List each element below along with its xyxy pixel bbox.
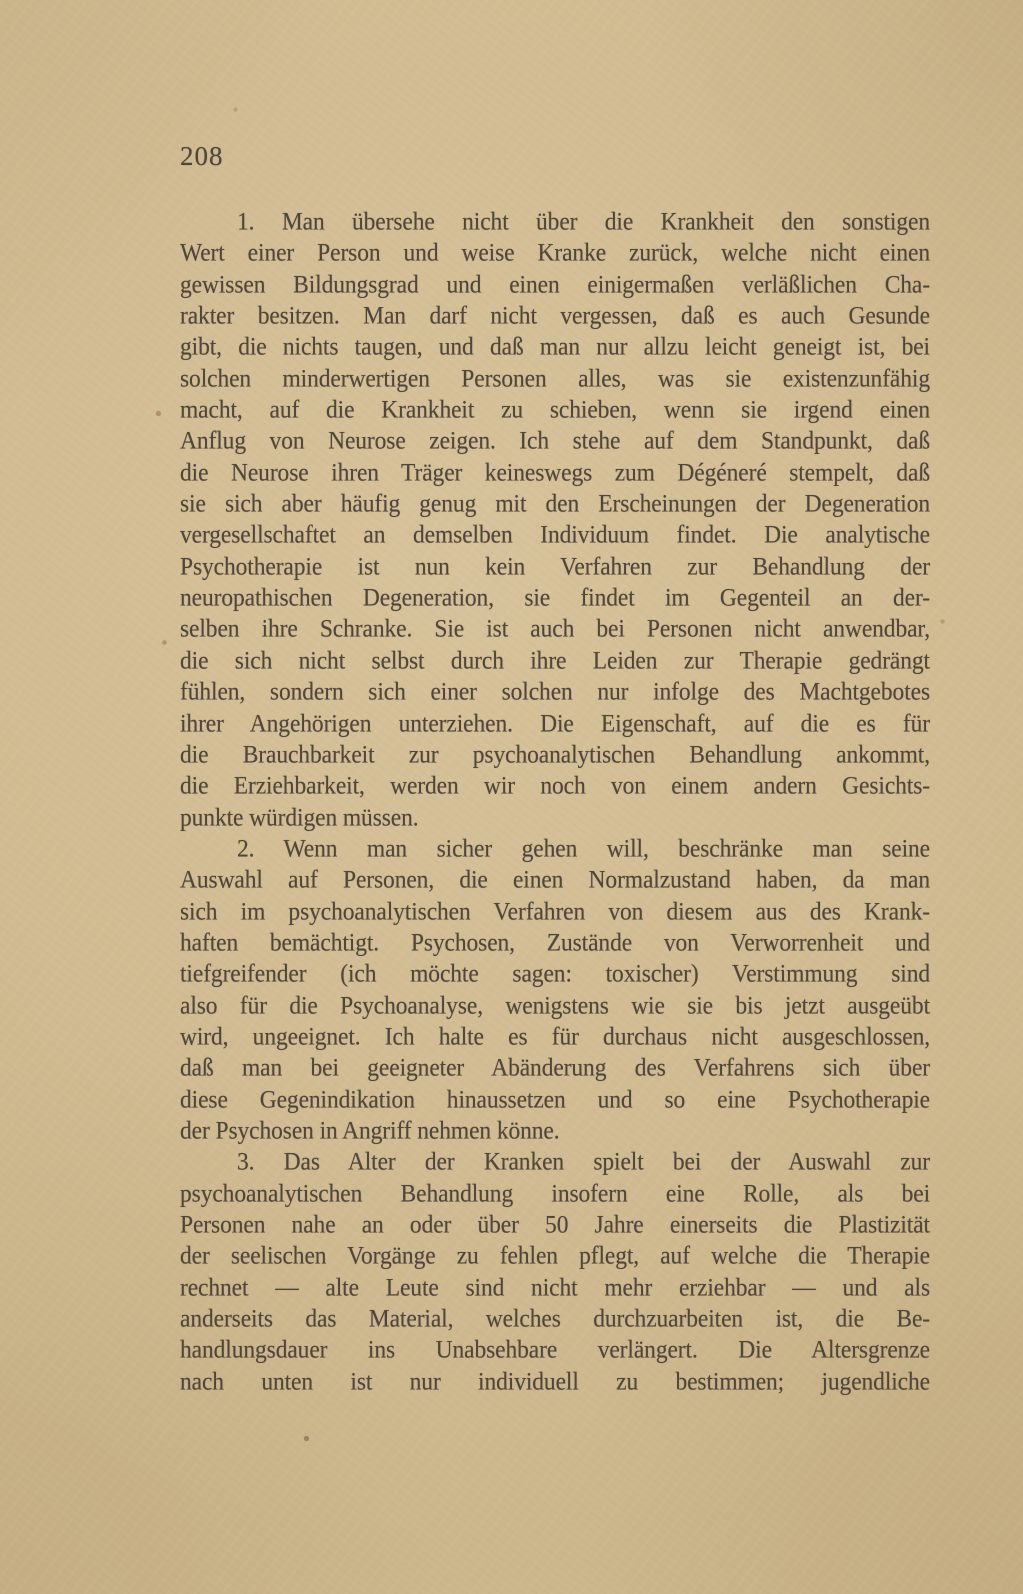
page-number: 208 <box>180 141 224 171</box>
text-line: also für die Psychoanalyse, wenigstens w… <box>180 989 930 1023</box>
text-line: rechnet — alte Leute sind nicht mehr erz… <box>180 1271 930 1305</box>
text-line: sich im psychoanalytischen Verfahren von… <box>180 895 930 929</box>
text-line: die Neurose ihren Träger keineswegs zum … <box>180 456 930 490</box>
text-line: psychoanalytischen Behandlung insofern e… <box>180 1177 930 1211</box>
text-line: 2. Wenn man sicher gehen will, beschränk… <box>180 832 930 866</box>
text-line: 3. Das Alter der Kranken spielt bei der … <box>180 1146 930 1180</box>
text-line: Anflug von Neurose zeigen. Ich stehe auf… <box>180 425 930 459</box>
text-line: die sich nicht selbst durch ihre Leiden … <box>180 644 930 678</box>
text-line: nach unten ist nur individuell zu bestim… <box>180 1365 930 1399</box>
text-line: diese Gegenindikation hinaussetzen und s… <box>180 1083 930 1117</box>
text-line: handlungsdauer ins Unabsehbare verlänger… <box>180 1334 930 1368</box>
text-line: neuropathischen Degeneration, sie findet… <box>180 582 930 616</box>
text-line: solchen minderwertigen Personen alles, w… <box>180 362 930 396</box>
text-line: tiefgreifender (ich möchte sagen: toxisc… <box>180 958 930 992</box>
text-line: Personen nahe an oder über 50 Jahre eine… <box>180 1208 930 1242</box>
text-line: haften bemächtigt. Psychosen, Zustände v… <box>180 926 930 960</box>
text-line: anderseits das Material, welches durchzu… <box>180 1302 930 1336</box>
paper-specks <box>0 0 3 3</box>
text-line: rakter besitzen. Man darf nicht vergesse… <box>180 299 930 333</box>
text-line: Auswahl auf Personen, die einen Normalzu… <box>180 864 930 898</box>
text-line: Psychotherapie ist nun kein Verfahren zu… <box>180 550 930 584</box>
text-line: selben ihre Schranke. Sie ist auch bei P… <box>180 613 930 647</box>
text-line: Wert einer Person und weise Kranke zurüc… <box>180 237 930 271</box>
text-line: der Psychosen in Angriff nehmen könne. <box>180 1114 930 1148</box>
text-line: die Erziehbarkeit, werden wir noch von e… <box>180 770 930 804</box>
text-line: fühlen, sondern sich einer solchen nur i… <box>180 676 930 710</box>
text-line: die Brauchbarkeit zur psychoanalytischen… <box>180 738 930 772</box>
paragraph-2: 2. Wenn man sicher gehen will, beschränk… <box>180 834 930 1147</box>
text-line: macht, auf die Krankheit zu schieben, we… <box>180 393 930 427</box>
text-line: sie sich aber häufig genug mit den Ersch… <box>180 488 930 522</box>
text-line: gewissen Bildungsgrad und einen einigerm… <box>180 268 930 302</box>
text-line: daß man bei geeigneter Abänderung des Ve… <box>180 1052 930 1086</box>
text-line: punkte würdigen müssen. <box>180 801 930 835</box>
text-block: 1. Man übersehe nicht über die Krankheit… <box>180 207 930 1398</box>
text-line: ihrer Angehörigen unterziehen. Die Eigen… <box>180 707 930 741</box>
paragraph-3: 3. Das Alter der Kranken spielt bei der … <box>180 1147 930 1398</box>
text-line: gibt, die nichts taugen, und daß man nur… <box>180 331 930 365</box>
text-line: 1. Man übersehe nicht über die Krankheit… <box>180 205 930 239</box>
book-page-scan: { "page": { "number": "208", "paragraphs… <box>0 0 1023 1594</box>
paragraph-1: 1. Man übersehe nicht über die Krankheit… <box>180 207 930 834</box>
text-line: wird, ungeeignet. Ich halte es für durch… <box>180 1020 930 1054</box>
text-line: vergesellschaftet an demselben Individuu… <box>180 519 930 553</box>
text-line: der seelischen Vorgänge zu fehlen pflegt… <box>180 1240 930 1274</box>
